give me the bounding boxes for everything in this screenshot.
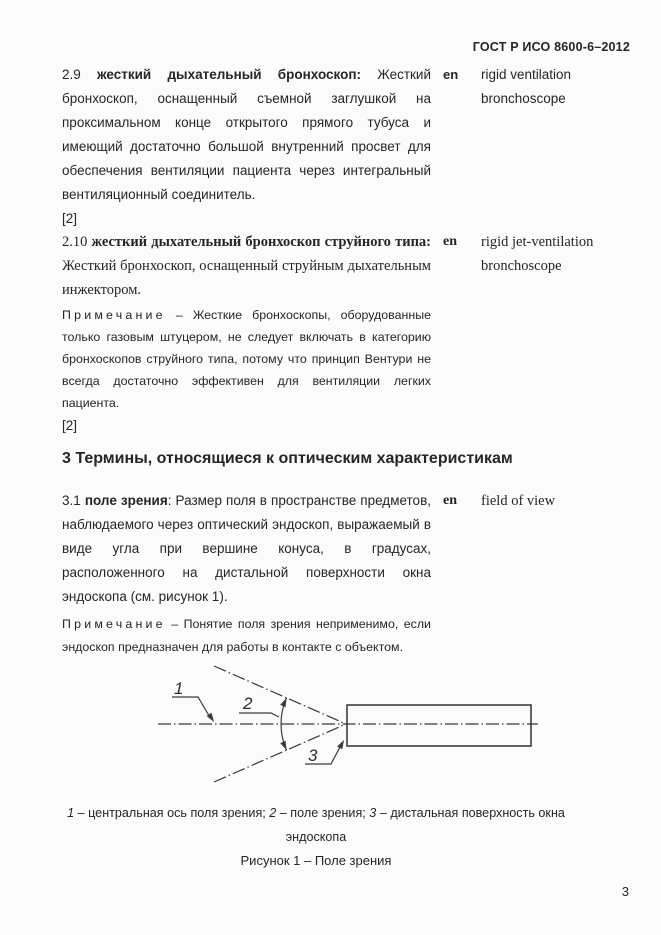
fig-label-1: 1 xyxy=(174,679,183,698)
document-page: ГОСТ Р ИСО 8600-6–2012 2.9 жесткий дыхат… xyxy=(0,0,661,935)
label-1-leader xyxy=(172,697,211,719)
term-entry-2-9: 2.9 жесткий дыхательный бронхоскоп: Жест… xyxy=(62,63,630,207)
lang-label: en xyxy=(443,489,471,513)
key-text-3: – дистальная поверхность окна xyxy=(380,806,565,820)
term-number: 2.10 xyxy=(62,234,87,250)
term-3-1-english: field of view xyxy=(481,489,630,513)
cone-lower-line xyxy=(214,724,346,782)
note-dash: – xyxy=(176,308,183,322)
term-2-10-english: rigid jet-ventilation bronchoscope xyxy=(481,230,630,278)
term-entry-2-10: 2.10 жесткий дыхательный бронхоскоп стру… xyxy=(62,230,630,302)
section-3-heading: 3 Термины, относящиеся к оптическим хара… xyxy=(62,449,630,469)
figure-caption: Рисунок 1 – Поле зрения xyxy=(32,849,600,873)
term-number: 3.1 xyxy=(62,493,81,508)
note-2-10: Примечание – Жесткие бронхоскопы, оборуд… xyxy=(62,304,431,414)
term-2-10-russian: 2.10 жесткий дыхательный бронхоскоп стру… xyxy=(62,230,431,302)
key-text-1: – центральная ось поля зрения; xyxy=(78,806,266,820)
term-title: поле зрения xyxy=(85,493,168,508)
term-definition: Жесткий бронхоскоп, оснащенный съемной з… xyxy=(62,67,431,202)
fig-label-3: 3 xyxy=(308,746,318,765)
source-reference: [2] xyxy=(62,209,630,228)
cone-upper-line xyxy=(214,666,346,724)
note-dash: – xyxy=(171,617,178,631)
term-entry-3-1: 3.1 поле зрения: Размер поля в пространс… xyxy=(62,489,630,609)
key-text-2: – поле зрения; xyxy=(280,806,366,820)
arc-arrowhead-top xyxy=(280,698,286,707)
term-3-1-russian: 3.1 поле зрения: Размер поля в пространс… xyxy=(62,489,431,609)
term-title: жесткий дыхательный бронхоскоп: xyxy=(97,67,361,82)
note-text: Жесткие бронхоскопы, оборудованные тольк… xyxy=(62,308,431,410)
term-definition: Размер поля в пространстве предметов, на… xyxy=(62,493,431,604)
doc-code: ГОСТ Р ИСО 8600-6–2012 xyxy=(62,40,630,55)
note-3-1: Примечание – Понятие поля зрения неприме… xyxy=(62,613,431,659)
figure-key: 1 – центральная ось поля зрения; 2 – пол… xyxy=(32,801,600,849)
term-number: 2.9 xyxy=(62,67,81,82)
label-2-leader xyxy=(239,713,279,717)
key-line-2: эндоскопа xyxy=(286,830,347,844)
key-number-3: 3 xyxy=(369,806,376,820)
note-label: Примечание xyxy=(62,308,166,322)
term-definition: Жесткий бронхоскоп, оснащенный струйным … xyxy=(62,258,431,298)
term-2-9-russian: 2.9 жесткий дыхательный бронхоскоп: Жест… xyxy=(62,63,431,207)
note-label: Примечание xyxy=(62,617,166,631)
endoscope-tube xyxy=(347,705,531,746)
term-colon: : xyxy=(168,493,172,508)
field-of-view-diagram: 1 2 3 xyxy=(98,664,558,799)
label-3-arrowhead xyxy=(337,740,344,749)
term-title: жесткий дыхательный бронхоскоп струйного… xyxy=(92,234,431,250)
term-2-9-english: rigid ventilation bronchoscope xyxy=(481,63,630,111)
source-reference: [2] xyxy=(62,416,630,435)
page-number: 3 xyxy=(622,884,629,899)
lang-label: en xyxy=(443,63,471,87)
figure-1-field-of-view: 1 2 3 xyxy=(62,664,630,799)
lang-label: en xyxy=(443,230,471,254)
fig-label-2: 2 xyxy=(242,694,253,713)
key-number-2: 2 xyxy=(269,806,276,820)
arc-arrowhead-bottom xyxy=(280,741,286,750)
key-number-1: 1 xyxy=(67,806,74,820)
